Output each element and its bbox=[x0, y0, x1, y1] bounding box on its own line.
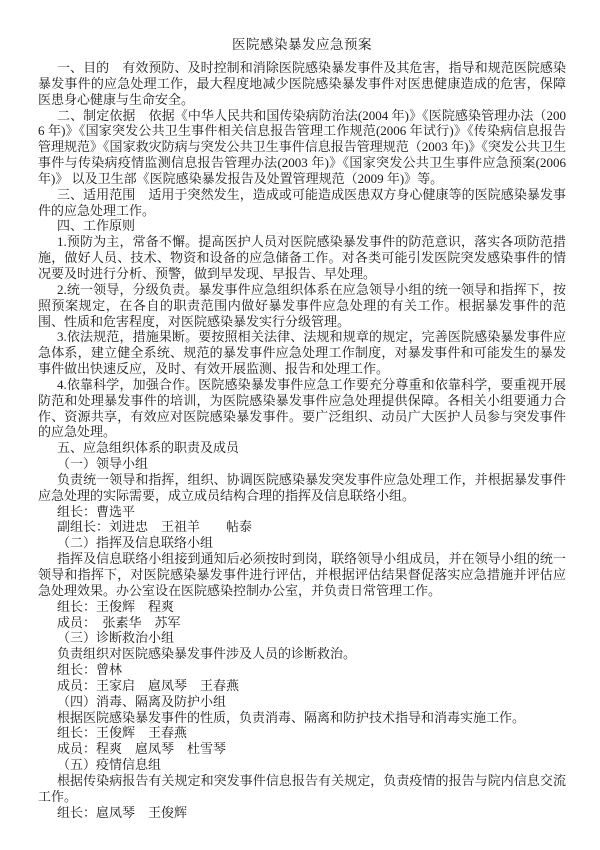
paragraph: 成员：程爽 扈凤琴 杜雪琴 bbox=[38, 741, 566, 757]
paragraph: 4.依靠科学，加强合作。医院感染暴发事件应急工作要充分尊重和依靠科学，要重视开展… bbox=[38, 377, 566, 440]
paragraph: 组长：曾林 bbox=[38, 662, 566, 678]
paragraph: 四、工作原则 bbox=[38, 218, 566, 234]
paragraph: 五、应急组织体系的职责及成员 bbox=[38, 440, 566, 456]
paragraph: 1.预防为主，常备不懈。提高医护人员对医院感染暴发事件的防范意识，落实各项防范措… bbox=[38, 234, 566, 282]
paragraph: （四）消毒、隔离及防护小组 bbox=[38, 694, 566, 710]
paragraph: （二）指挥及信息联络小组 bbox=[38, 535, 566, 551]
paragraph: 根据医院感染暴发事件的性质，负责消毒、隔离和防护技术指导和消毒实施工作。 bbox=[38, 710, 566, 726]
paragraph: 成员： 张素华 苏军 bbox=[38, 615, 566, 631]
paragraph: 负责统一领导和指挥，组织、协调医院感染暴发突发事件应急处理工作，并根据暴发事件应… bbox=[38, 472, 566, 504]
paragraph: 二、制定依据 依据《中华人民共和国传染病防治法(2004 年)》《医院感染管理办… bbox=[38, 108, 566, 187]
document-page: 医院感染暴发应急预案 一、目的 有效预防、及时控制和消除医院感染暴发事件及其危害… bbox=[0, 0, 600, 850]
paragraph: 组长：扈凤琴 王俊辉 bbox=[38, 805, 566, 821]
paragraph: 负责组织对医院感染暴发事件涉及人员的诊断救治。 bbox=[38, 646, 566, 662]
paragraph: 根据传染病报告有关规定和突发事件信息报告有关规定，负责疫情的报告与院内信息交流工… bbox=[38, 773, 566, 805]
paragraph: （一）领导小组 bbox=[38, 456, 566, 472]
paragraph: 指挥及信息联络小组接到通知后必须按时到岗，联络领导小组成员，并在领导小组的统一领… bbox=[38, 551, 566, 599]
paragraph: 组长：王俊辉 程爽 bbox=[38, 599, 566, 615]
paragraph: （五）疫情信息组 bbox=[38, 757, 566, 773]
paragraph: 成员：王家启 扈凤琴 王春燕 bbox=[38, 678, 566, 694]
paragraph: 组长：王俊辉 王春燕 bbox=[38, 725, 566, 741]
paragraph: （三）诊断救治小组 bbox=[38, 630, 566, 646]
paragraph: 3.依法规范，措施果断。要按照相关法律、法规和规章的规定，完善医院感染暴发事件应… bbox=[38, 329, 566, 377]
paragraph: 副组长：刘进忠 王祖羊 帖泰 bbox=[38, 519, 566, 535]
paragraph: 一、目的 有效预防、及时控制和消除医院感染暴发事件及其危害，指导和规范医院感染暴… bbox=[38, 60, 566, 108]
paragraph: 2.统一领导，分级负责。暴发事件应急组织体系在应急领导小组的统一领导和指挥下，按… bbox=[38, 282, 566, 330]
paragraph: 三、适用范围 适用于突然发生，造成或可能造成医患双方身心健康等的医院感染暴发事件… bbox=[38, 187, 566, 219]
paragraph: 组长：曹选平 bbox=[38, 504, 566, 520]
document-title: 医院感染暴发应急预案 bbox=[38, 35, 566, 54]
document-body: 一、目的 有效预防、及时控制和消除医院感染暴发事件及其危害，指导和规范医院感染暴… bbox=[38, 60, 566, 821]
